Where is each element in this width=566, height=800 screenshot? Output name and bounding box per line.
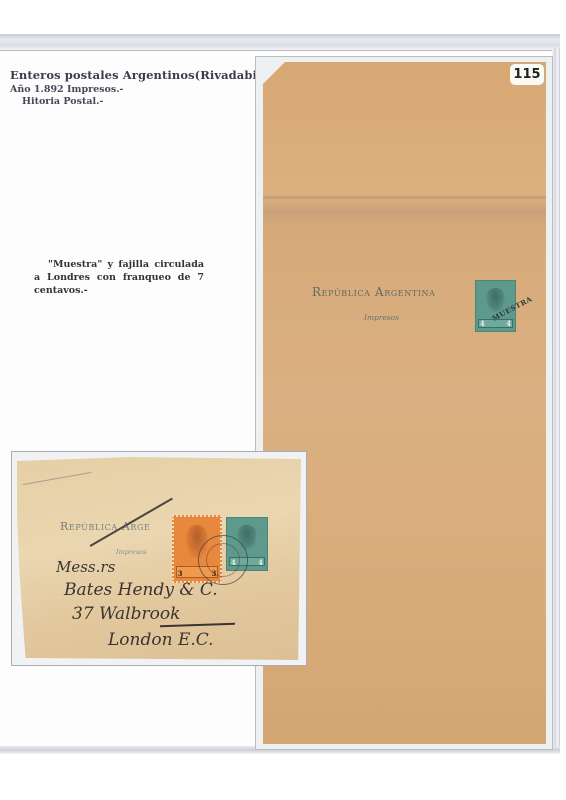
address-line-3: 37 Walbrook [72,604,180,624]
item-description: "Muestra" y fajilla circulada a Londres … [34,258,204,297]
address-line-2: Bates Hendy & C. [64,580,218,600]
page-title: Enteros postales Argentinos(Rivadabia).- [10,68,279,82]
stamp-value-right: 4 [506,319,511,328]
address-line-4: London E.C. [108,630,214,650]
sleeve-right-edge [552,48,560,748]
postmark-inner-ring [206,543,240,577]
small-wrapper-category: Impresos [116,548,146,556]
sleeve-top-edge [0,34,560,51]
stamp-value-left: 4 [480,319,485,328]
fold-line [263,196,546,199]
large-wrapper-heading: República Argentina [312,285,436,299]
page-subtitle-year: Año 1.892 Impresos.- [10,84,123,95]
page-subtitle-section: Hitoria Postal.- [22,96,103,107]
page-number-badge: 115 [510,64,544,85]
large-wrapper-category: Impresos [364,313,399,322]
stamp-value-right: 4 [258,558,263,567]
address-line-1: Mess.rs [56,558,115,576]
small-wrapper-heading: República Arge [60,520,150,533]
stamp-value-left: 3 [178,569,183,578]
